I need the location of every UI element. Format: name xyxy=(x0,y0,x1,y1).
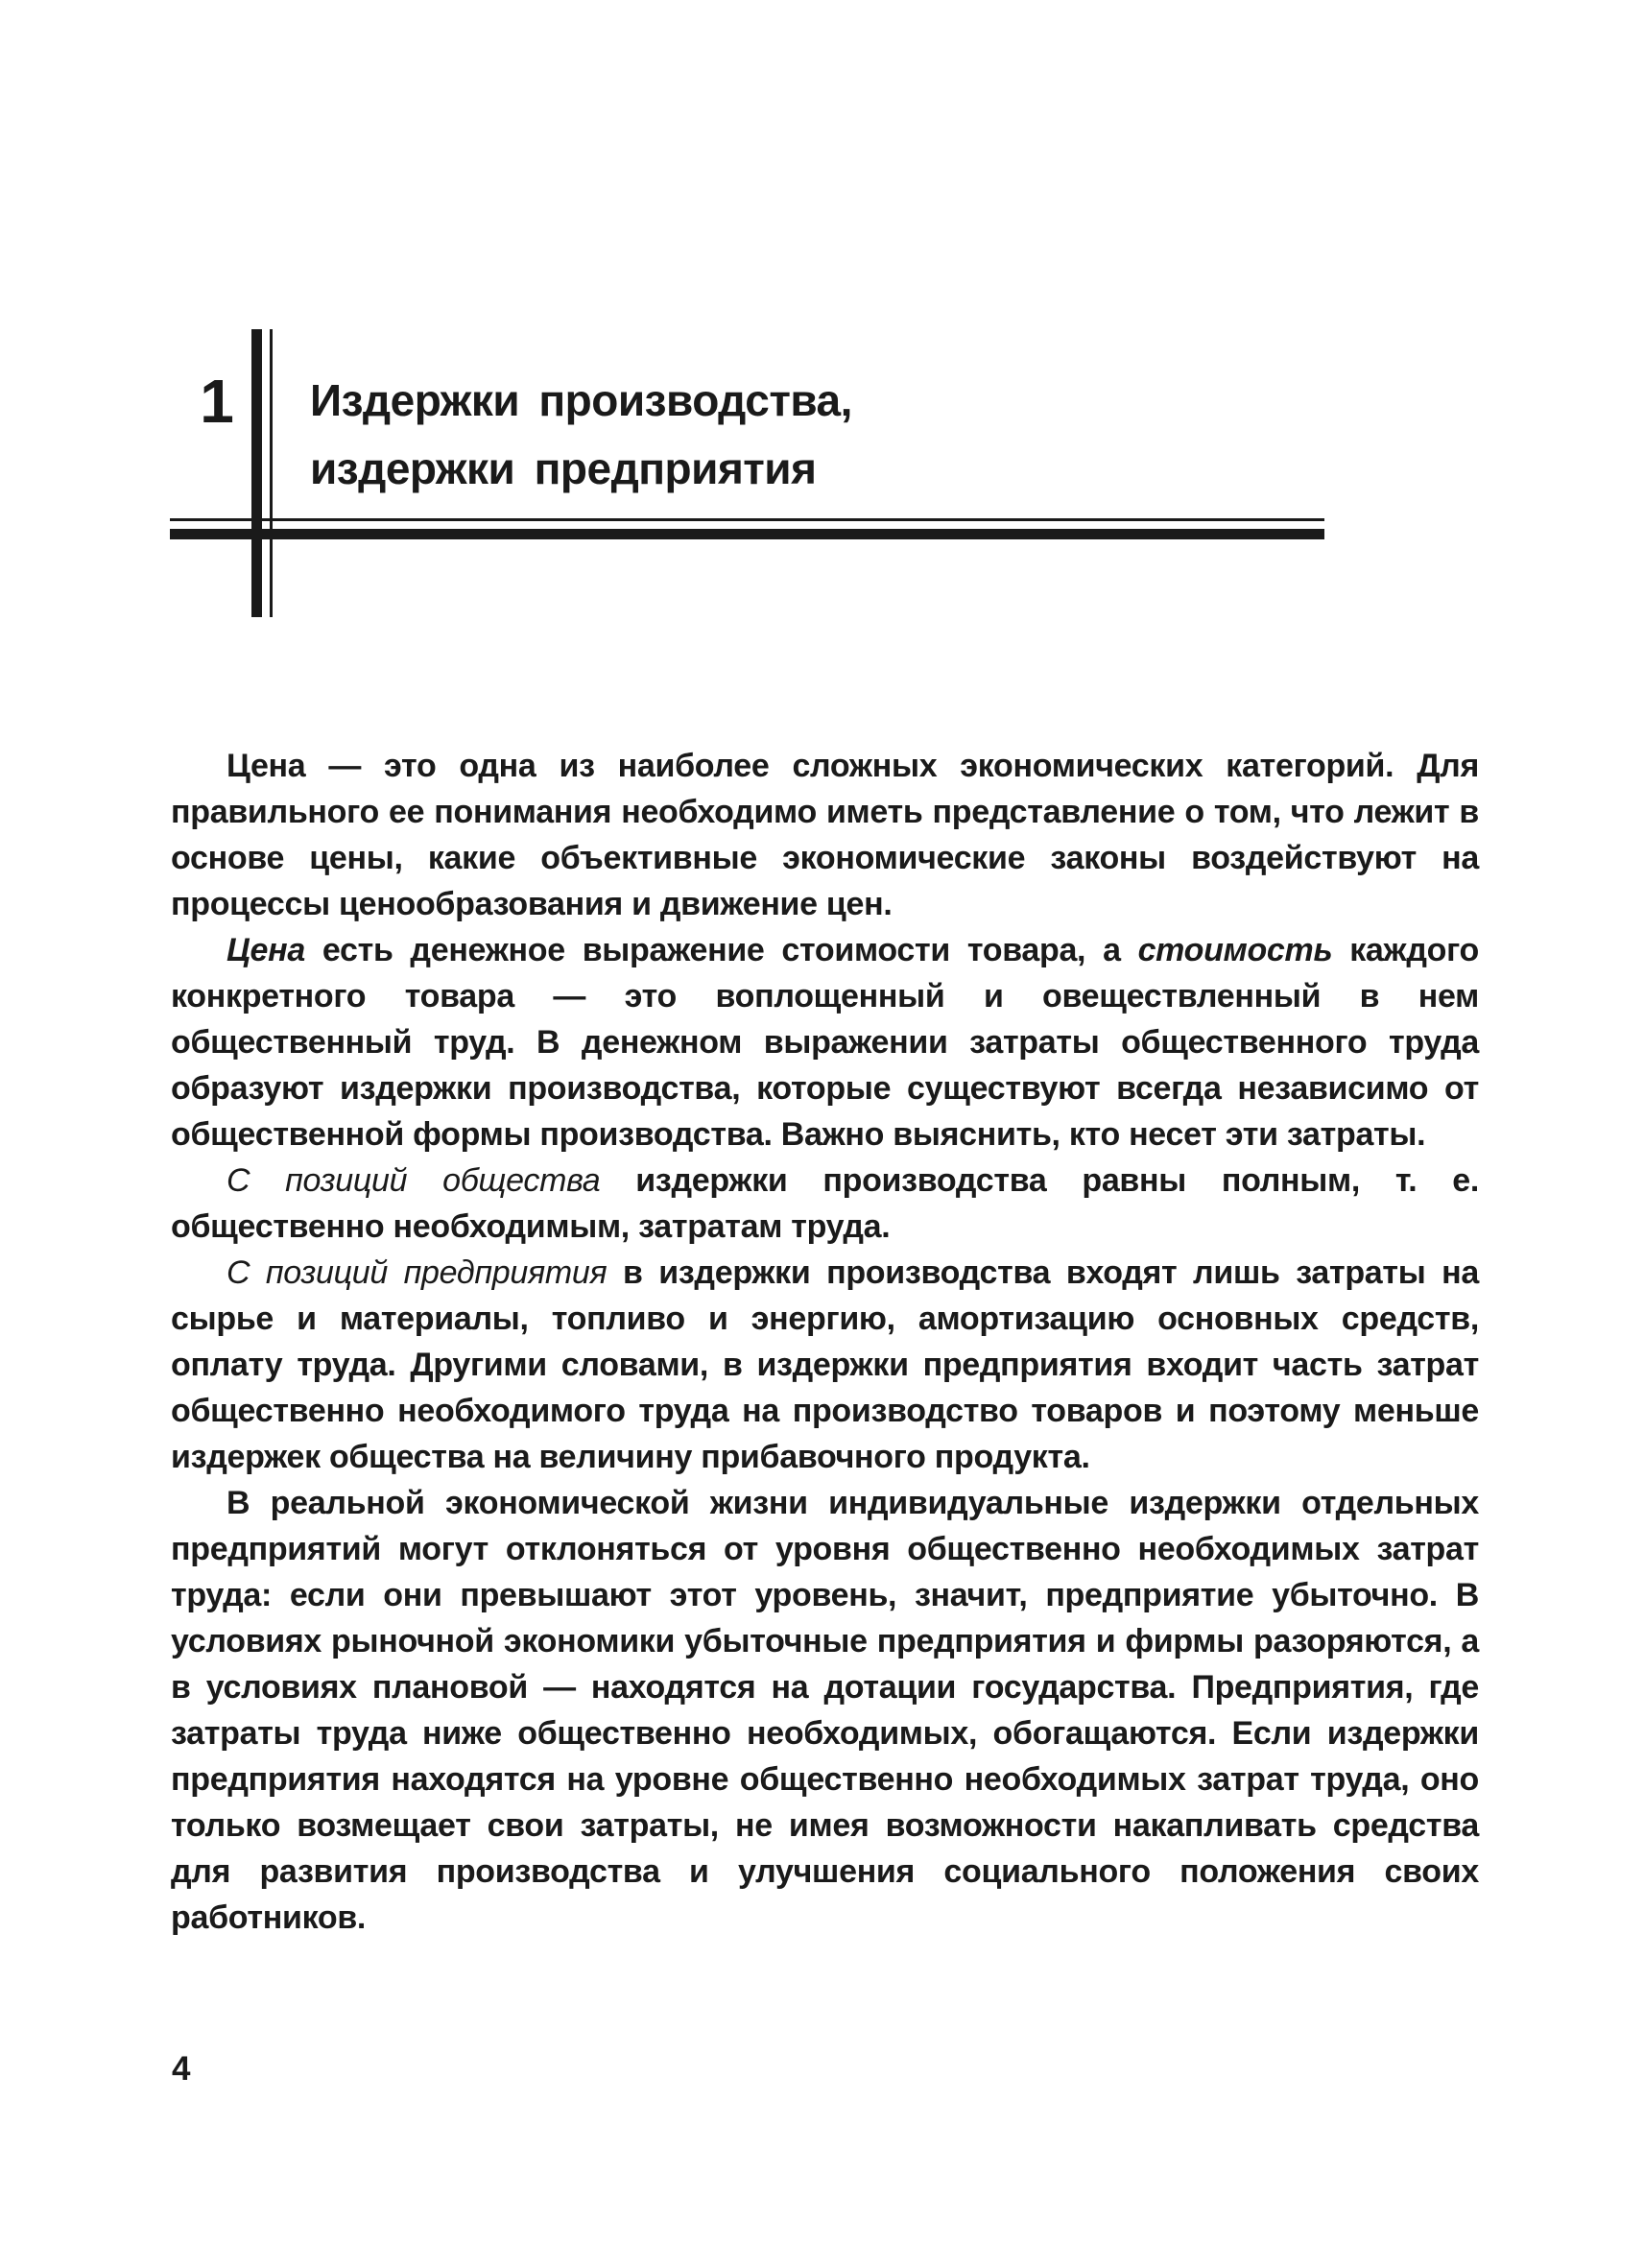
paragraph: В реальной экономической жизни индивидуа… xyxy=(171,1480,1479,1941)
book-page: 1 Издержки производства, издержки предпр… xyxy=(0,0,1644,2268)
page-number: 4 xyxy=(172,2050,190,2089)
body-text: Цена — это одна из наиболее сложных экон… xyxy=(171,743,1479,1941)
text-segment: В реальной экономической жизни индивидуа… xyxy=(171,1485,1479,1936)
paragraph: С позиций общества издержки производства… xyxy=(171,1158,1479,1250)
chapter-horizontal-rule-thin xyxy=(170,518,1324,521)
paragraph: С позиций предприятия в издержки произво… xyxy=(171,1250,1479,1480)
emphasized-text-segment: С позиций общества xyxy=(226,1162,600,1199)
emphasized-text-segment: С позиций предприятия xyxy=(226,1254,607,1291)
paragraph: Цена есть денежное выражение стоимости т… xyxy=(171,927,1479,1158)
chapter-vertical-rule-thick xyxy=(251,329,262,617)
chapter-title: Издержки производства, издержки предприя… xyxy=(310,367,852,503)
chapter-title-line1: Издержки производства, xyxy=(310,367,852,435)
emphasized-text-segment: Цена xyxy=(226,932,305,968)
chapter-horizontal-rule-thick xyxy=(170,529,1324,539)
chapter-vertical-rule-thin xyxy=(270,329,273,617)
chapter-number: 1 xyxy=(188,370,246,432)
emphasized-text-segment: стоимость xyxy=(1138,932,1333,968)
text-segment: есть денежное выражение стоимости товара… xyxy=(305,932,1138,968)
text-segment: Цена — это одна из наиболее сложных экон… xyxy=(171,748,1479,922)
chapter-title-line2: издержки предприятия xyxy=(310,435,852,503)
paragraph: Цена — это одна из наиболее сложных экон… xyxy=(171,743,1479,927)
